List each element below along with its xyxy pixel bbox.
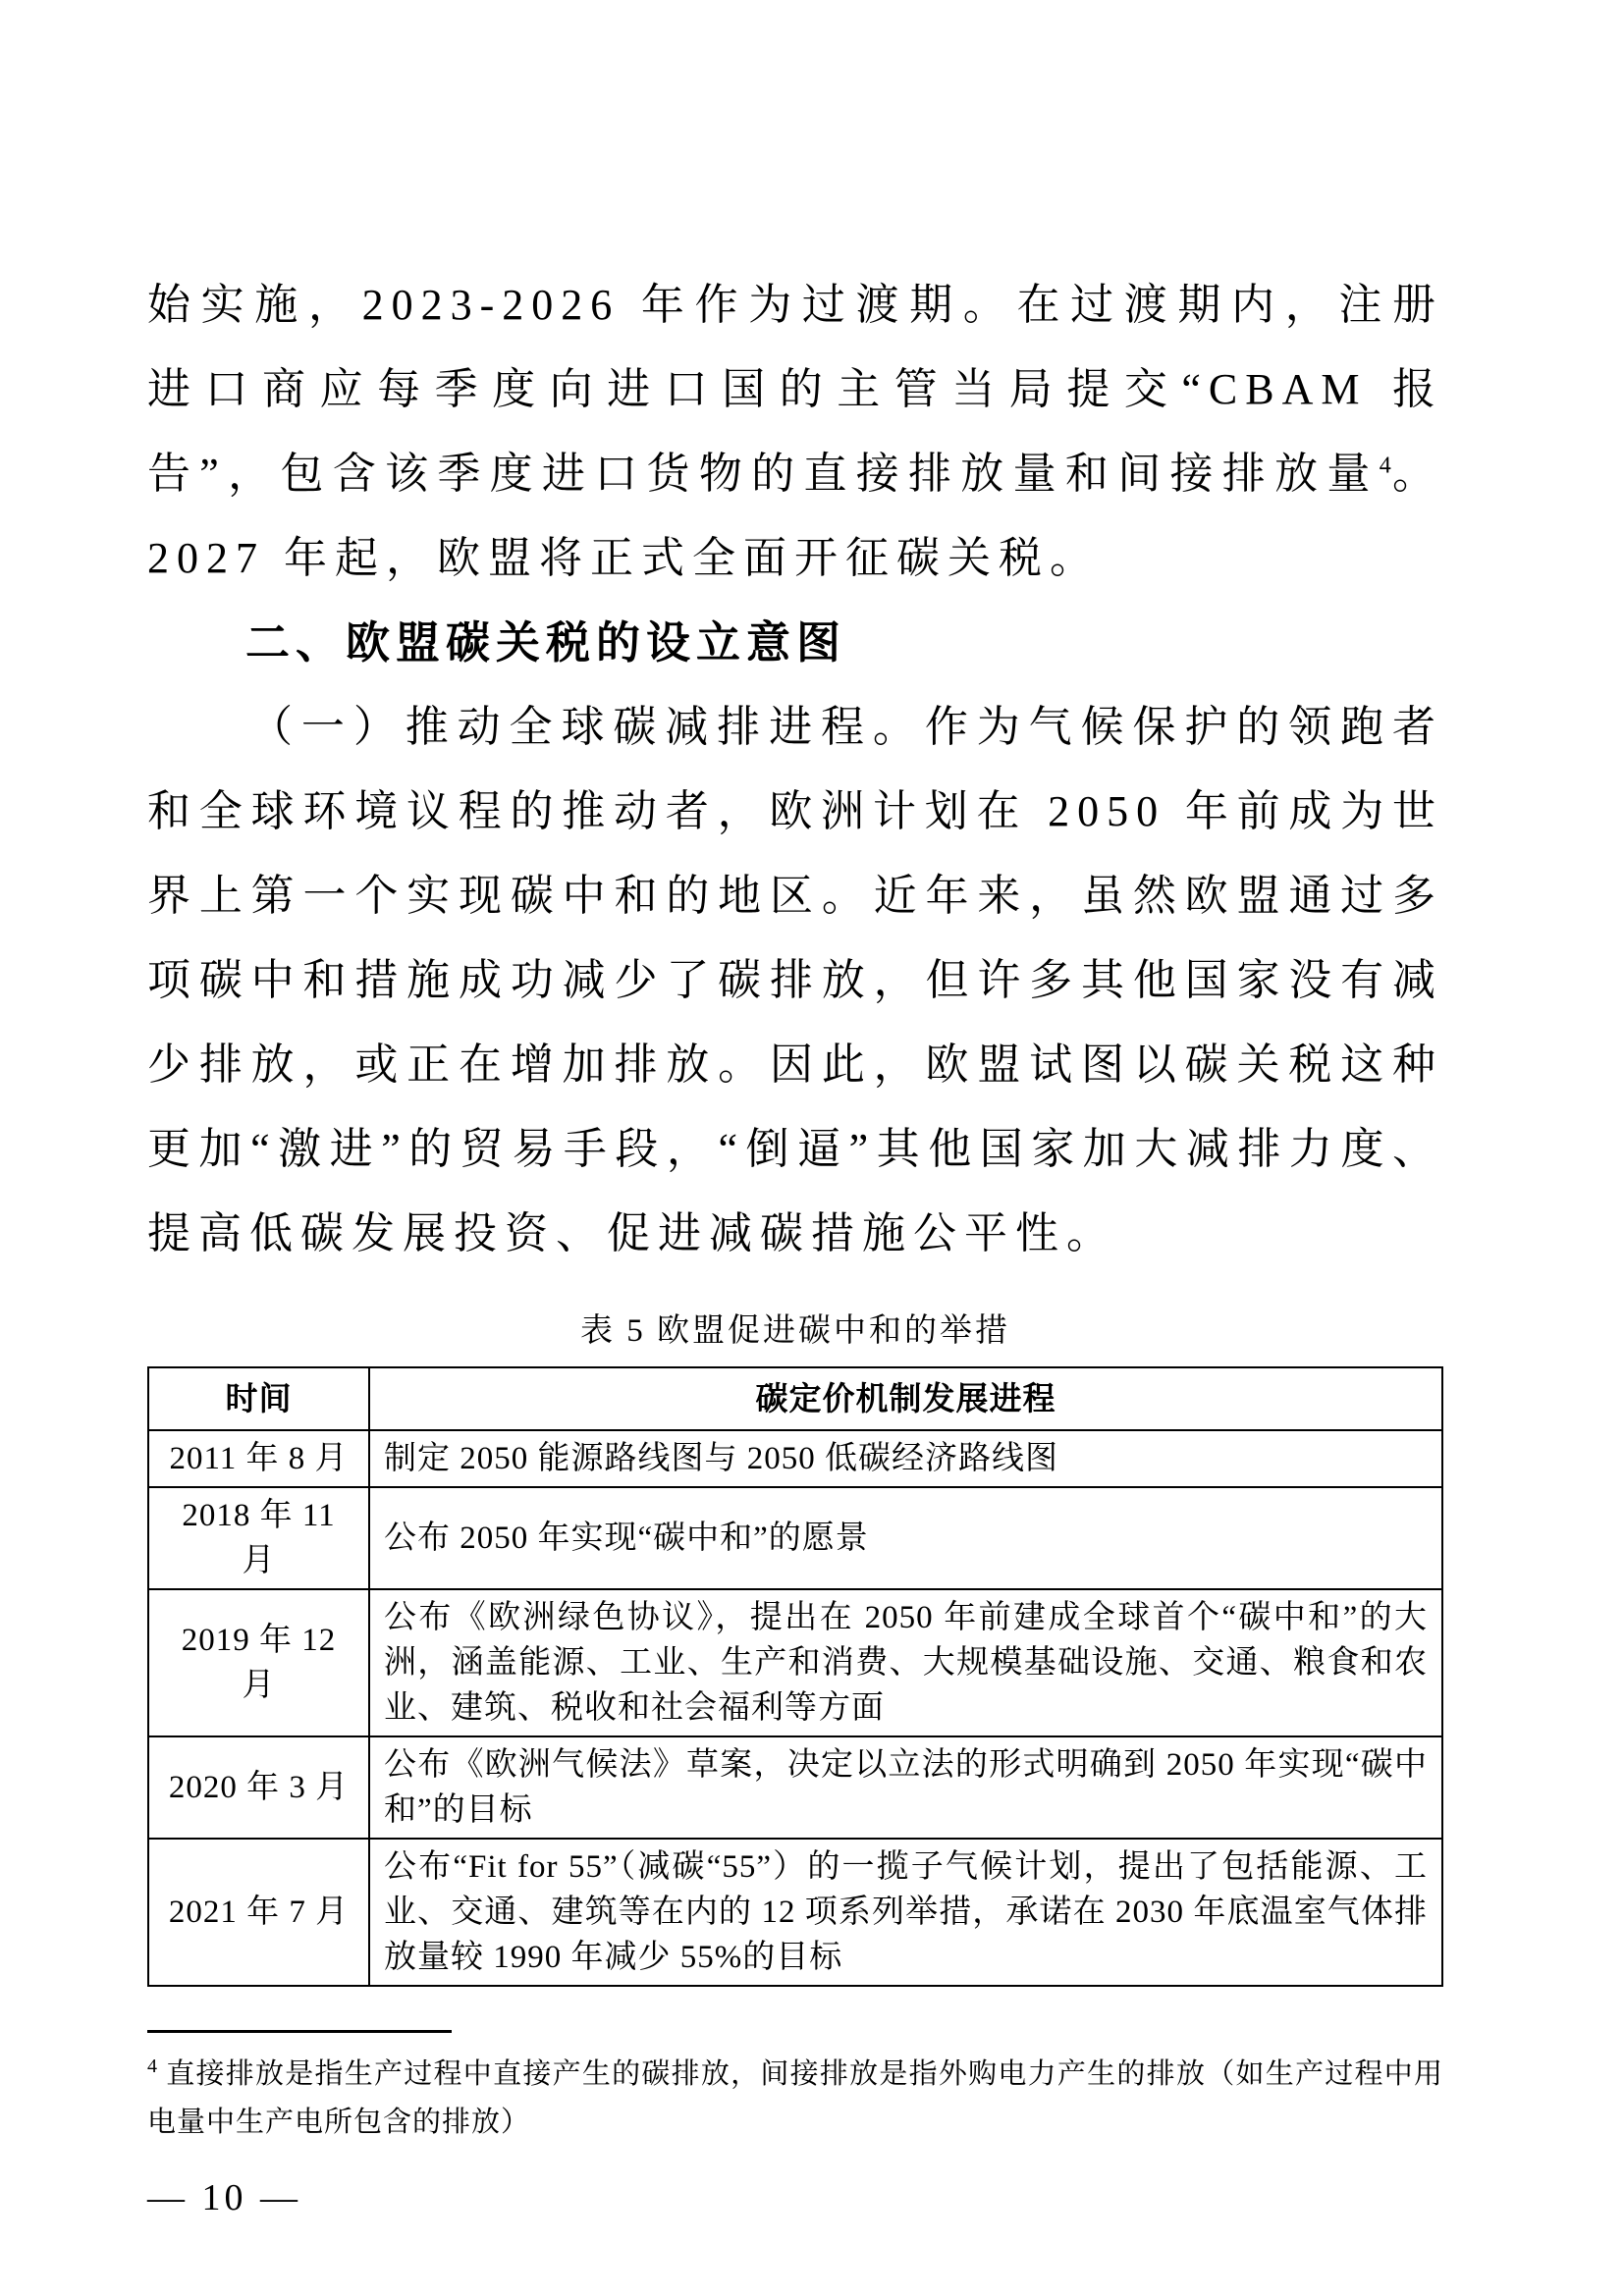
table-header-process: 碳定价机制发展进程	[369, 1367, 1442, 1430]
table-cell-time: 2019 年 12 月	[148, 1589, 369, 1736]
table-cell-event: 公布 2050 年实现“碳中和”的愿景	[369, 1487, 1442, 1589]
table-row: 2018 年 11 月 公布 2050 年实现“碳中和”的愿景	[148, 1487, 1442, 1589]
table-row: 2019 年 12 月 公布《欧洲绿色协议》，提出在 2050 年前建成全球首个…	[148, 1589, 1442, 1736]
table-row: 2020 年 3 月 公布《欧洲气候法》草案，决定以立法的形式明确到 2050 …	[148, 1736, 1442, 1839]
footnote-separator	[147, 2030, 452, 2033]
eu-carbon-neutral-measures-table: 时间 碳定价机制发展进程 2011 年 8 月 制定 2050 能源路线图与 2…	[147, 1366, 1443, 1987]
table-body: 2011 年 8 月 制定 2050 能源路线图与 2050 低碳经济路线图 2…	[148, 1430, 1442, 1986]
table-caption: 表 5 欧盟促进碳中和的举措	[147, 1309, 1443, 1353]
document-page: 始实施，2023-2026 年作为过渡期。在过渡期内，注册进口商应每季度向进口国…	[0, 0, 1624, 2296]
paragraph-cbam-transition: 始实施，2023-2026 年作为过渡期。在过渡期内，注册进口商应每季度向进口国…	[147, 263, 1443, 601]
table-cell-event: 公布《欧洲气候法》草案，决定以立法的形式明确到 2050 年实现“碳中和”的目标	[369, 1736, 1442, 1839]
footnote-marker: 4	[147, 2056, 158, 2077]
table-row: 2021 年 7 月 公布“Fit for 55”（减碳“55”）的一揽子气候计…	[148, 1839, 1442, 1986]
table-cell-event: 制定 2050 能源路线图与 2050 低碳经济路线图	[369, 1430, 1442, 1487]
footnote: 4直接排放是指生产过程中直接产生的碳排放，间接排放是指外购电力产生的排放（如生产…	[147, 2051, 1443, 2147]
page-content: 始实施，2023-2026 年作为过渡期。在过渡期内，注册进口商应每季度向进口国…	[0, 0, 1624, 2219]
footnote-reference-marker: 4	[1380, 453, 1391, 478]
table-cell-event: 公布“Fit for 55”（减碳“55”）的一揽子气候计划，提出了包括能源、工…	[369, 1839, 1442, 1986]
table-cell-time: 2021 年 7 月	[148, 1839, 369, 1986]
table-cell-time: 2020 年 3 月	[148, 1736, 369, 1839]
footnote-text: 直接排放是指生产过程中直接产生的碳排放，间接排放是指外购电力产生的排放（如生产过…	[147, 2058, 1443, 2138]
table-row: 2011 年 8 月 制定 2050 能源路线图与 2050 低碳经济路线图	[148, 1430, 1442, 1487]
table-cell-event: 公布《欧洲绿色协议》，提出在 2050 年前建成全球首个“碳中和”的大洲，涵盖能…	[369, 1589, 1442, 1736]
table-cell-time: 2018 年 11 月	[148, 1487, 369, 1589]
table-head: 时间 碳定价机制发展进程	[148, 1367, 1442, 1430]
table-cell-time: 2011 年 8 月	[148, 1430, 369, 1487]
table-header-row: 时间 碳定价机制发展进程	[148, 1367, 1442, 1430]
section-heading: 二、欧盟碳关税的设立意图	[147, 601, 1443, 685]
page-number: — 10 —	[147, 2176, 1443, 2219]
paragraph-text: 始实施，2023-2026 年作为过渡期。在过渡期内，注册进口商应每季度向进口国…	[147, 281, 1443, 498]
table-header-time: 时间	[148, 1367, 369, 1430]
paragraph-carbon-reduction: （一）推动全球碳减排进程。作为气候保护的领跑者和全球环境议程的推动者，欧洲计划在…	[147, 685, 1443, 1276]
